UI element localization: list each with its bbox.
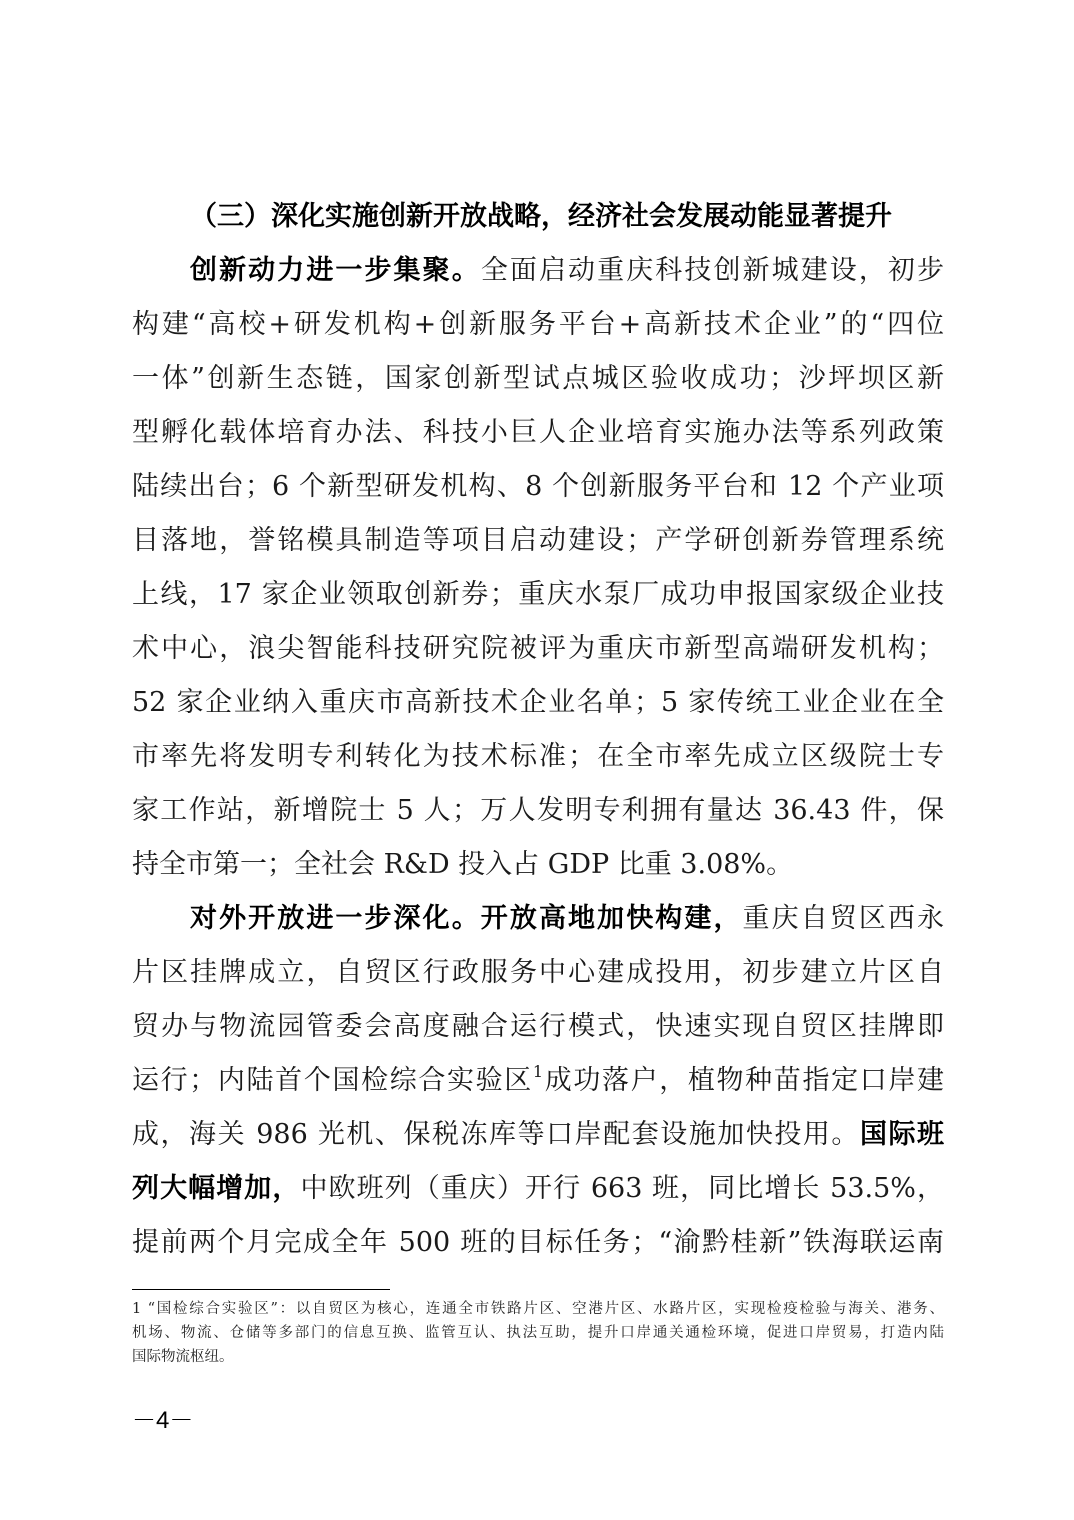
paragraph-line: 持全市第一；全社会 R&D 投入占 GDP 比重 3.08%。 [132, 838, 944, 892]
footnote-separator [132, 1289, 390, 1290]
page-number: －4－ [132, 1400, 193, 1435]
footnote: 1 “国检综合实验区”：以自贸区为核心，连通全市铁路片区、空港片区、水路片区，实… [132, 1297, 944, 1369]
paragraph-subhead: 国际班 [860, 1119, 944, 1150]
footnote-line: 国际物流枢纽。 [132, 1345, 944, 1369]
paragraph-lead: 创新动力进一步集聚。 [190, 255, 481, 286]
paragraph-line: 片区挂牌成立，自贸区行政服务中心建成投用，初步建立片区自 [132, 946, 944, 1000]
paragraph-lead: 对外开放进一步深化。开放高地加快构建， [190, 903, 743, 934]
paragraph-line: 成，海关 986 光机、保税冻库等口岸配套设施加快投用。国际班 [132, 1108, 944, 1162]
paragraph-line: 术中心，浪尖智能科技研究院被评为重庆市新型高端研发机构； [132, 622, 944, 676]
section-heading: （三）深化实施创新开放战略，经济社会发展动能显著提升 [132, 190, 944, 244]
paragraph-line: 对外开放进一步深化。开放高地加快构建，重庆自贸区西永 [132, 892, 944, 946]
paragraph-line: 贸办与物流园管委会高度融合运行模式，快速实现自贸区挂牌即 [132, 1000, 944, 1054]
paragraph-line: 家工作站，新增院士 5 人；万人发明专利拥有量达 36.43 件，保 [132, 784, 944, 838]
paragraph-line: 构建“高校+研发机构+创新服务平台+高新技术企业”的“四位 [132, 298, 944, 352]
footnote-line: 机场、物流、仓储等多部门的信息互换、监管互认、执法互助，提升口岸通关通检环境，促… [132, 1321, 944, 1345]
paragraph-line: 创新动力进一步集聚。全面启动重庆科技创新城建设，初步 [132, 244, 944, 298]
paragraph-line: 目落地，誉铭模具制造等项目启动建设；产学研创新券管理系统 [132, 514, 944, 568]
footnote-reference[interactable]: 1 [533, 1062, 543, 1081]
paragraph-opening-up: 对外开放进一步深化。开放高地加快构建，重庆自贸区西永 片区挂牌成立，自贸区行政服… [132, 892, 944, 1270]
paragraph-innovation: 创新动力进一步集聚。全面启动重庆科技创新城建设，初步 构建“高校+研发机构+创新… [132, 244, 944, 892]
footnote-line: 1 “国检综合实验区”：以自贸区为核心，连通全市铁路片区、空港片区、水路片区，实… [132, 1297, 944, 1321]
paragraph-subhead: 列大幅增加， [132, 1173, 300, 1204]
paragraph-line: 市率先将发明专利转化为技术标准；在全市率先成立区级院士专 [132, 730, 944, 784]
paragraph-line: 上线，17 家企业领取创新券；重庆水泵厂成功申报国家级企业技 [132, 568, 944, 622]
document-page: （三）深化实施创新开放战略，经济社会发展动能显著提升 创新动力进一步集聚。全面启… [132, 190, 944, 1270]
paragraph-line: 陆续出台；6 个新型研发机构、8 个创新服务平台和 12 个产业项 [132, 460, 944, 514]
paragraph-line: 52 家企业纳入重庆市高新技术企业名单；5 家传统工业企业在全 [132, 676, 944, 730]
paragraph-line: 一体”创新生态链，国家创新型试点城区验收成功；沙坪坝区新 [132, 352, 944, 406]
paragraph-line: 提前两个月完成全年 500 班的目标任务；“渝黔桂新”铁海联运南 [132, 1216, 944, 1270]
paragraph-line: 型孵化载体培育办法、科技小巨人企业培育实施办法等系列政策 [132, 406, 944, 460]
paragraph-line: 列大幅增加，中欧班列（重庆）开行 663 班，同比增长 53.5%， [132, 1162, 944, 1216]
paragraph-line: 运行；内陆首个国检综合实验区1成功落户，植物种苗指定口岸建 [132, 1054, 944, 1108]
